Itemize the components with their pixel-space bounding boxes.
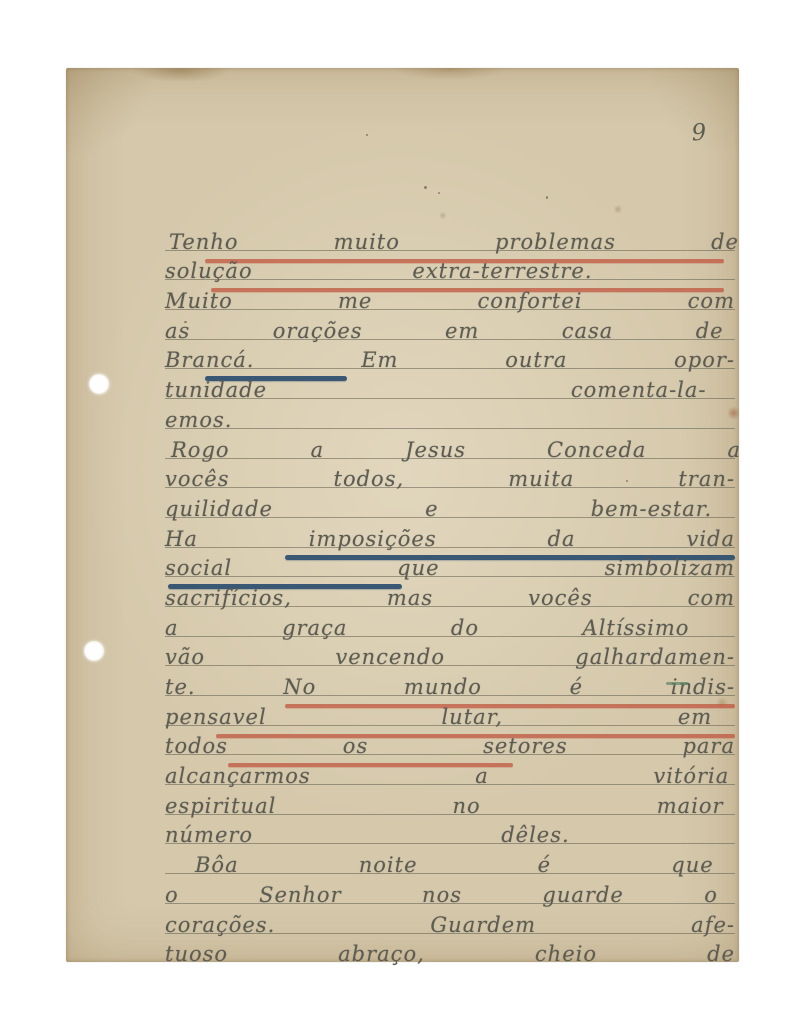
manuscript-line: vocês todos, muita tran- [165, 459, 735, 489]
manuscript-line: Tenho muito problemas de [165, 221, 735, 251]
stain [424, 186, 427, 189]
punch-hole-top [89, 374, 109, 394]
manuscript-line: a graça do Altíssimo [165, 607, 735, 637]
manuscript-line: número dêles. [165, 815, 735, 845]
manuscript-line: as orações em casa de [165, 310, 735, 340]
page-number: 9 [680, 119, 718, 147]
manuscript-line: espiritual no maior [165, 785, 735, 815]
manuscript-line: Muito me confortei com [165, 280, 735, 310]
stain [366, 134, 368, 136]
manuscript-line: alcançarmos a vitória [165, 755, 735, 785]
manuscript-line: corações. Guardem afe- [165, 904, 735, 934]
manuscript-line: emos. [165, 399, 735, 429]
manuscript-line: Rogo a Jesus Conceda a [165, 429, 735, 459]
manuscript-line: pensavel lutar, em [165, 696, 735, 726]
manuscript-line: Brancá. Em outra opor- [165, 340, 735, 370]
manuscript-line: o Senhor nos guarde o [165, 874, 735, 904]
stain [546, 196, 548, 199]
manuscript-line: tunidade comenta-la- [165, 369, 735, 399]
manuscript-line: social que simbolizam [165, 548, 735, 578]
manuscript-line: te. No mundo é indis- [165, 666, 735, 696]
scanned-document: 9 Tenho muito problemas desolução extra-… [0, 0, 810, 1024]
manuscript-line: vão vencendo galhardamen- [165, 637, 735, 667]
manuscript-line: tuoso abraço, cheio de [165, 934, 735, 963]
manuscript-line: solução extra-terrestre. [165, 251, 735, 281]
manuscript-line: todos os setores para [165, 726, 735, 756]
stain [438, 192, 440, 194]
punch-hole-bottom [84, 641, 104, 661]
stain [184, 321, 187, 323]
ruled-writing-area: Tenho muito problemas desolução extra-te… [165, 221, 735, 962]
manuscript-line: quilidade e bem-estar. [165, 488, 735, 518]
paper-page: 9 Tenho muito problemas desolução extra-… [66, 68, 739, 962]
manuscript-line: sacrifícios, mas vocês com [165, 577, 735, 607]
green-pencil-tick [666, 682, 688, 685]
manuscript-line: Bôa noite é que [165, 844, 735, 874]
manuscript-line: Ha imposições da vida [165, 518, 735, 548]
handwriting-text: tuoso abraço, cheio de [165, 941, 735, 967]
stain [626, 480, 628, 482]
